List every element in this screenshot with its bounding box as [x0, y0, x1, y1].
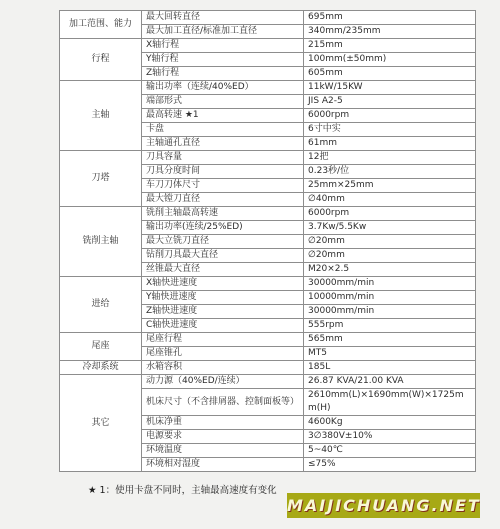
table-row: 其它动力源（40%ED/连续）26.87 KVA/21.00 KVA [60, 375, 476, 389]
spec-value-cell: 4600Kg [304, 416, 476, 430]
spec-item-cell: 输出功率(连续/25%ED) [142, 221, 304, 235]
spec-value-cell: 555rpm [304, 319, 476, 333]
spec-item-cell: 主轴通孔直径 [142, 137, 304, 151]
spec-value-cell: ∅40mm [304, 193, 476, 207]
category-cell: 行程 [60, 39, 142, 81]
spec-item-cell: 丝锥最大直径 [142, 263, 304, 277]
spec-item-cell: Y轴快进速度 [142, 291, 304, 305]
spec-item-cell: 最大立铣刀直径 [142, 235, 304, 249]
table-row: 尾座尾座行程565mm [60, 333, 476, 347]
spec-item-cell: 刀具容量 [142, 151, 304, 165]
spec-value-cell: 0.23秒/位 [304, 165, 476, 179]
spec-value-cell: 30000mm/min [304, 277, 476, 291]
spec-value-cell: 6寸中实 [304, 123, 476, 137]
spec-value-cell: ≤75% [304, 458, 476, 472]
spec-value-cell: 215mm [304, 39, 476, 53]
table-row: 加工范围、能力最大回转直径695mm [60, 11, 476, 25]
spec-value-cell: 5~40℃ [304, 444, 476, 458]
spec-item-cell: 输出功率（连续/40%ED） [142, 81, 304, 95]
watermark-logo: MAIJICHUANG.NET [287, 493, 480, 518]
spec-item-cell: X轴快进速度 [142, 277, 304, 291]
category-cell: 尾座 [60, 333, 142, 361]
category-cell: 其它 [60, 375, 142, 472]
spec-value-cell: 185L [304, 361, 476, 375]
spec-value-cell: ∅20mm [304, 235, 476, 249]
category-cell: 进给 [60, 277, 142, 333]
spec-value-cell: 100mm(±50mm) [304, 53, 476, 67]
spec-value-cell: 11kW/15KW [304, 81, 476, 95]
table-row: 行程X轴行程215mm [60, 39, 476, 53]
spec-item-cell: 机床尺寸（不含排屑器、控制面板等） [142, 389, 304, 416]
spec-item-cell: Z轴行程 [142, 67, 304, 81]
spec-item-cell: 动力源（40%ED/连续） [142, 375, 304, 389]
spec-value-cell: 12把 [304, 151, 476, 165]
spec-item-cell: 电源要求 [142, 430, 304, 444]
spec-value-cell: M20×2.5 [304, 263, 476, 277]
spec-value-cell: 25mm×25mm [304, 179, 476, 193]
spec-value-cell: 565mm [304, 333, 476, 347]
table-row: 铣削主轴铣削主轴最高转速6000rpm [60, 207, 476, 221]
category-cell: 冷却系统 [60, 361, 142, 375]
spec-item-cell: 刀具分度时间 [142, 165, 304, 179]
spec-value-cell: 695mm [304, 11, 476, 25]
spec-item-cell: 尾座锥孔 [142, 347, 304, 361]
spec-item-cell: Y轴行程 [142, 53, 304, 67]
spec-value-cell: 10000mm/min [304, 291, 476, 305]
table-row: 冷却系统水箱容积185L [60, 361, 476, 375]
spec-item-cell: Z轴快进速度 [142, 305, 304, 319]
footnote: ★ 1：使用卡盘不同时，主轴最高速度有变化 [88, 482, 277, 496]
spec-item-cell: 环境相对湿度 [142, 458, 304, 472]
spec-item-cell: 最大回转直径 [142, 11, 304, 25]
spec-value-cell: MT5 [304, 347, 476, 361]
table-row: 刀塔刀具容量12把 [60, 151, 476, 165]
spec-item-cell: 最大镗刀直径 [142, 193, 304, 207]
spec-value-cell: 30000mm/min [304, 305, 476, 319]
category-cell: 加工范围、能力 [60, 11, 142, 39]
spec-value-cell: ∅20mm [304, 249, 476, 263]
table-row: 进给X轴快进速度30000mm/min [60, 277, 476, 291]
category-cell: 铣削主轴 [60, 207, 142, 277]
spec-item-cell: 机床净重 [142, 416, 304, 430]
spec-value-cell: 340mm/235mm [304, 25, 476, 39]
spec-item-cell: 铣削主轴最高转速 [142, 207, 304, 221]
spec-item-cell: 车刀刀体尺寸 [142, 179, 304, 193]
spec-value-cell: 26.87 KVA/21.00 KVA [304, 375, 476, 389]
spec-value-cell: JIS A2-5 [304, 95, 476, 109]
category-cell: 主轴 [60, 81, 142, 151]
spec-value-cell: 605mm [304, 67, 476, 81]
spec-item-cell: 端部形式 [142, 95, 304, 109]
spec-item-cell: 尾座行程 [142, 333, 304, 347]
spec-table: 加工范围、能力最大回转直径695mm最大加工直径/标准加工直径340mm/235… [59, 10, 476, 472]
spec-item-cell: C轴快进速度 [142, 319, 304, 333]
spec-item-cell: 环境温度 [142, 444, 304, 458]
spec-item-cell: 钻削刀具最大直径 [142, 249, 304, 263]
spec-item-cell: 最高转速 ★1 [142, 109, 304, 123]
table-row: 主轴输出功率（连续/40%ED）11kW/15KW [60, 81, 476, 95]
spec-item-cell: X轴行程 [142, 39, 304, 53]
spec-item-cell: 卡盘 [142, 123, 304, 137]
spec-value-cell: 6000rpm [304, 109, 476, 123]
category-cell: 刀塔 [60, 151, 142, 207]
spec-value-cell: 6000rpm [304, 207, 476, 221]
spec-value-cell: 61mm [304, 137, 476, 151]
spec-value-cell: 3.7Kw/5.5Kw [304, 221, 476, 235]
spec-item-cell: 最大加工直径/标准加工直径 [142, 25, 304, 39]
spec-value-cell: 2610mm(L)×1690mm(W)×1725mm(H) [304, 389, 476, 416]
spec-value-cell: 3∅380V±10% [304, 430, 476, 444]
spec-item-cell: 水箱容积 [142, 361, 304, 375]
